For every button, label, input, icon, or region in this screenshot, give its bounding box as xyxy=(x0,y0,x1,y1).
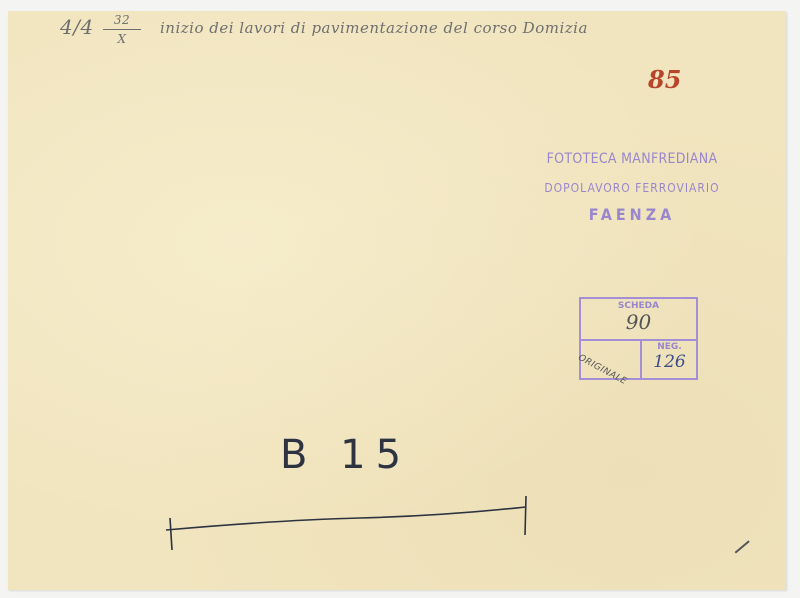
scheda-value: 90 xyxy=(581,310,696,334)
scheda-stamp-box: SCHEDA 90 ORIGINALE NEG. 126 xyxy=(579,297,698,380)
fraction: 32 X xyxy=(103,13,141,46)
scheda-section: SCHEDA 90 xyxy=(581,299,696,341)
stamp-line-1: FOTOTECA MANFREDIANA xyxy=(537,151,727,167)
stamp-line-2: DOPOLAVORO FERROVIARIO xyxy=(537,181,727,195)
originale-section: ORIGINALE xyxy=(581,341,642,378)
stamp-line-3: FAENZA xyxy=(537,205,727,224)
fraction-top: 32 xyxy=(114,13,130,27)
caption-text: inizio dei lavori di pavimentazione del … xyxy=(160,19,588,37)
ink-label: B 15 xyxy=(280,432,411,478)
fraction-bar xyxy=(103,29,141,30)
scale-line-drawing xyxy=(160,490,540,550)
red-number: 85 xyxy=(648,65,681,94)
neg-label: NEG. xyxy=(643,342,696,352)
date-text: 4/4 xyxy=(60,15,94,39)
pencil-annotation: 4/4 32 X inizio dei lavori di pavimentaz… xyxy=(8,11,786,71)
neg-value: 126 xyxy=(643,352,696,372)
fraction-bottom: X xyxy=(117,32,126,46)
